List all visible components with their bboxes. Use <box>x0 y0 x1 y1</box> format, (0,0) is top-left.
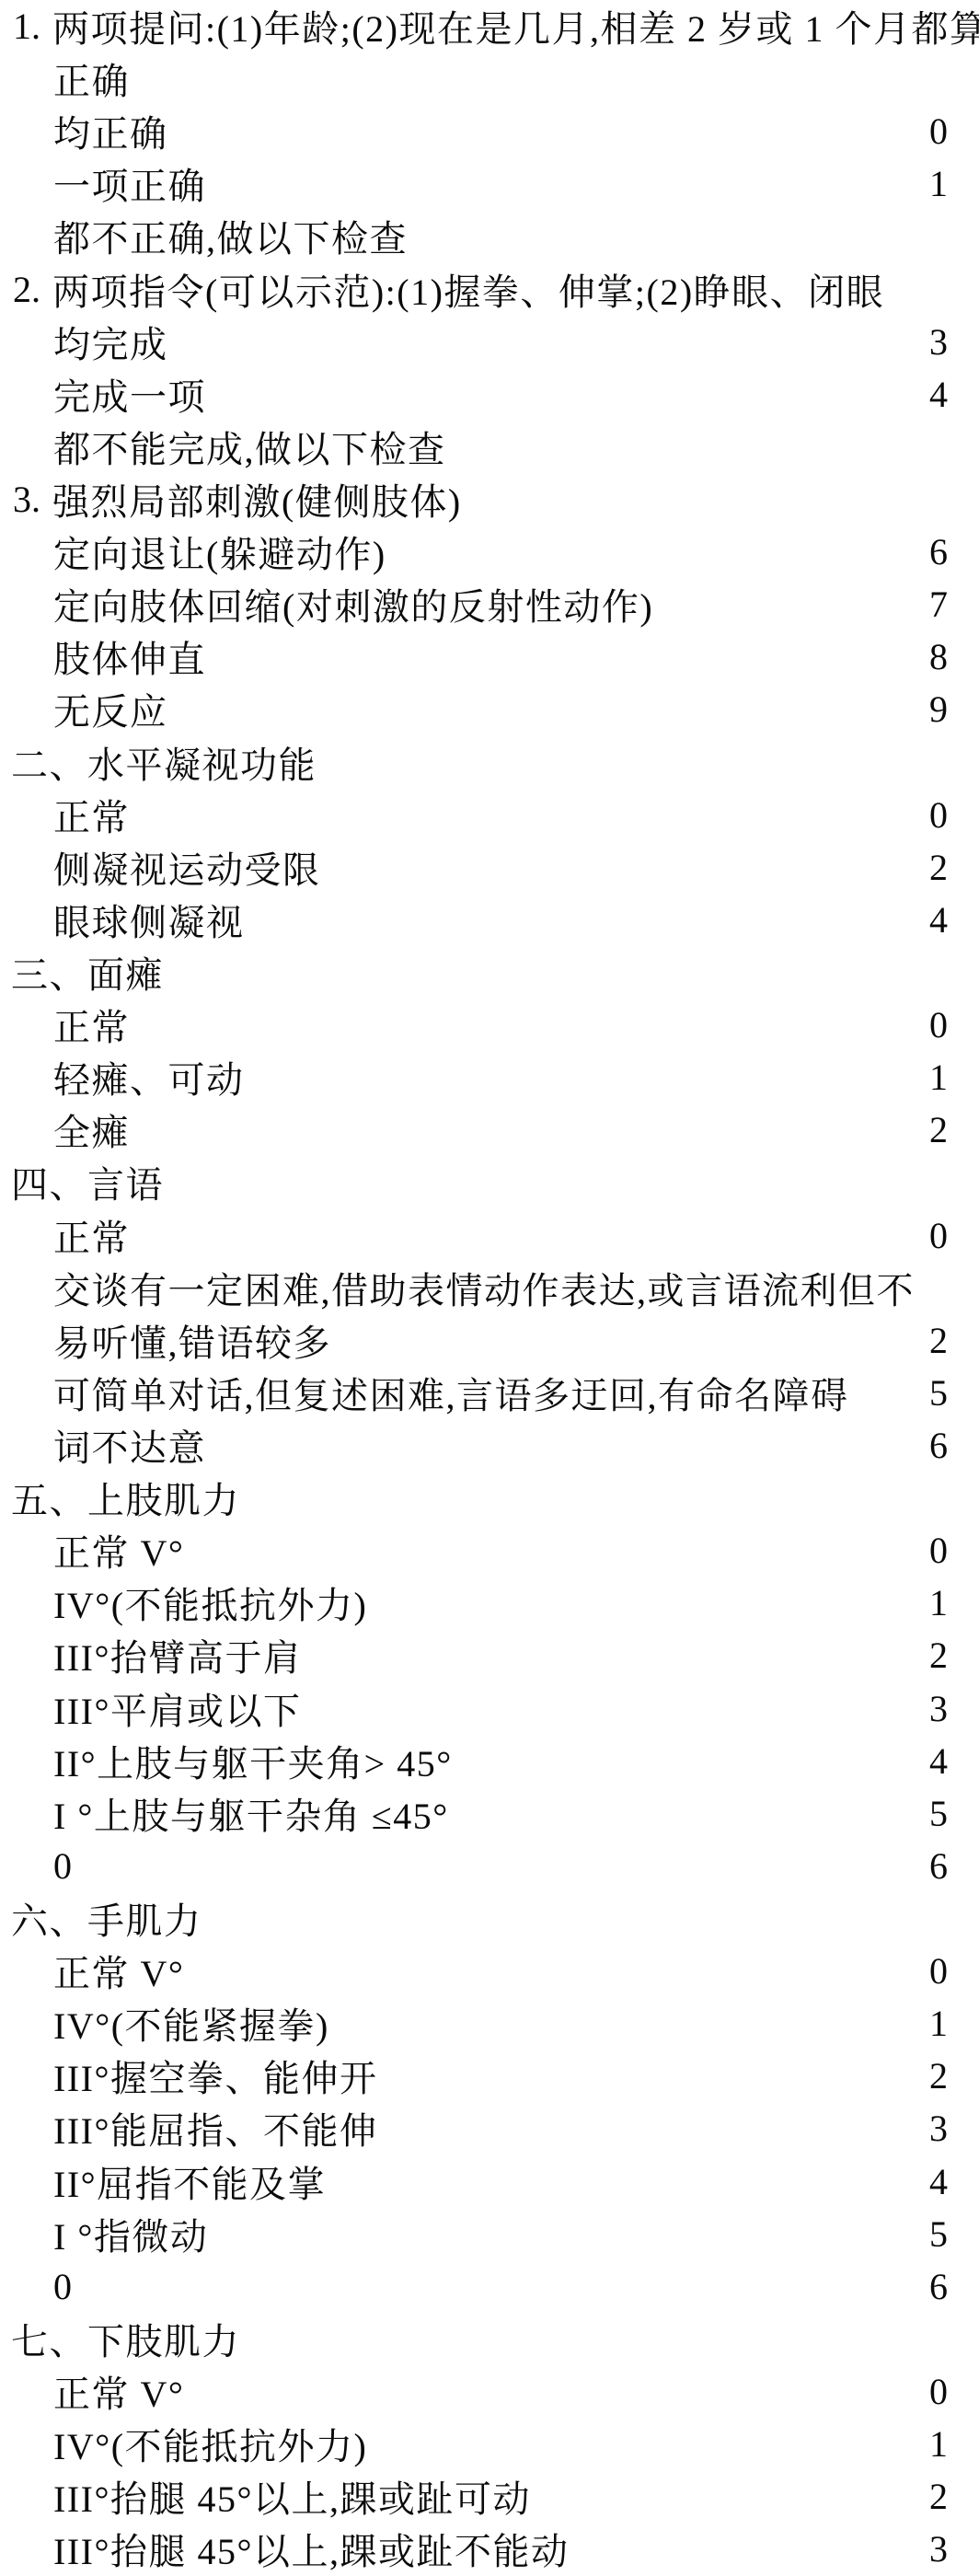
line-text: 正常 <box>53 789 130 841</box>
line-text: III°抬腿 45°以上,踝或趾不能动 <box>53 2523 569 2575</box>
line-score: 3 <box>920 320 948 364</box>
score-item-row: 词不达意6 <box>0 1419 979 1472</box>
line-score: 6 <box>920 1844 948 1888</box>
score-item-row: 06 <box>0 2260 979 2313</box>
line-text: 定向退让(躲避动作) <box>53 526 386 578</box>
line-score: 6 <box>920 1424 948 1467</box>
score-item-row: 都不正确,做以下检查 <box>0 210 979 262</box>
line-text: III°平肩或以下 <box>53 1682 301 1735</box>
line-marker: 2. <box>13 268 52 311</box>
line-score: 0 <box>920 1003 948 1046</box>
line-marker: 五、 <box>11 1472 87 1524</box>
score-item-row: 正常 V°0 <box>0 1945 979 1997</box>
score-item-row: II°上肢与躯干夹角> 45°4 <box>0 1735 979 1787</box>
line-marker: 四、 <box>11 1156 87 1208</box>
line-text: 侧凝视运动受限 <box>53 841 321 894</box>
line-text: 正常 V° <box>53 1524 184 1577</box>
line-score: 0 <box>920 1214 948 1257</box>
line-marker: 二、 <box>11 736 87 789</box>
line-score: 5 <box>920 2212 948 2256</box>
line-text: 强烈局部刺激(健侧肢体) <box>52 473 462 526</box>
line-text: 一项正确 <box>53 157 206 210</box>
line-marker: 六、 <box>11 1892 87 1945</box>
score-item-row: 肢体伸直8 <box>0 630 979 683</box>
line-text: III°能屈指、不能伸 <box>53 2102 377 2154</box>
line-score: 6 <box>920 530 948 573</box>
line-text: 都不能完成,做以下检查 <box>53 421 446 473</box>
score-item-row: I °指微动5 <box>0 2208 979 2260</box>
line-score: 0 <box>920 2370 948 2413</box>
line-text: 0 <box>53 2265 74 2308</box>
line-score: 2 <box>920 1108 948 1151</box>
line-text: 正常 V° <box>53 2365 184 2418</box>
line-marker: 1. <box>13 5 52 48</box>
line-marker: 三、 <box>11 946 87 999</box>
line-score: 0 <box>920 1529 948 1572</box>
section-heading-row: 二、水平凝视功能 <box>0 736 979 789</box>
score-item-row: 正常0 <box>0 789 979 841</box>
line-score: 0 <box>920 793 948 837</box>
score-item-row: 正常0 <box>0 999 979 1051</box>
section-heading-row: 七、下肢肌力 <box>0 2313 979 2365</box>
line-text: 正确 <box>53 52 130 105</box>
score-item-row: I °上肢与躯干杂角 ≤45°5 <box>0 1787 979 1840</box>
section-heading-row: 四、言语 <box>0 1156 979 1208</box>
score-item-row: 完成一项4 <box>0 368 979 421</box>
line-score: 1 <box>920 2002 948 2045</box>
line-text: 定向肢体回缩(对刺激的反射性动作) <box>53 578 653 630</box>
line-score: 1 <box>920 1581 948 1624</box>
score-item-row: III°能屈指、不能伸3 <box>0 2102 979 2154</box>
score-item-row: III°抬臂高于肩2 <box>0 1629 979 1681</box>
line-text: II°屈指不能及掌 <box>53 2155 326 2208</box>
line-score: 4 <box>920 373 948 416</box>
score-item-row: 眼球侧凝视4 <box>0 894 979 946</box>
line-score: 6 <box>920 2265 948 2308</box>
line-score: 4 <box>920 1739 948 1783</box>
score-item-row: 正常0 <box>0 1209 979 1262</box>
score-item-row: 一项正确1 <box>0 157 979 210</box>
section-heading-row: 五、上肢肌力 <box>0 1472 979 1524</box>
line-text: I °上肢与躯干杂角 ≤45° <box>53 1787 449 1840</box>
line-score: 3 <box>920 2107 948 2150</box>
numbered-section-row: 2.两项指令(可以示范):(1)握拳、伸掌;(2)睁眼、闭眼 <box>0 263 979 316</box>
score-item-row: 全瘫2 <box>0 1103 979 1156</box>
score-item-row: IV°(不能抵抗外力)1 <box>0 2418 979 2470</box>
line-text: 下肢肌力 <box>87 2313 240 2365</box>
score-item-row: 06 <box>0 1840 979 1892</box>
score-item-row: 定向退让(躲避动作)6 <box>0 526 979 578</box>
line-text: 完成一项 <box>53 368 206 421</box>
line-text: 都不正确,做以下检查 <box>53 210 408 262</box>
line-text: 水平凝视功能 <box>87 736 317 789</box>
numbered-section-row: 1.两项提问:(1)年龄;(2)现在是几月,相差 2 岁或 1 个月都算 <box>0 0 979 52</box>
line-text: 全瘫 <box>53 1103 130 1156</box>
line-score: 5 <box>920 1371 948 1415</box>
score-item-row: 正确 <box>0 52 979 105</box>
line-text: 手肌力 <box>87 1892 202 1945</box>
section-heading-row: 六、手肌力 <box>0 1892 979 1945</box>
line-text: 交谈有一定困难,借助表情动作表达,或言语流利但不 <box>53 1262 915 1314</box>
line-score: 2 <box>920 1319 948 1362</box>
score-list: 1.两项提问:(1)年龄;(2)现在是几月,相差 2 岁或 1 个月都算正确均正… <box>0 0 979 2576</box>
score-item-row: 均正确0 <box>0 105 979 157</box>
line-text: 可简单对话,但复述困难,言语多迂回,有命名障碍 <box>53 1367 849 1419</box>
line-text: 两项指令(可以示范):(1)握拳、伸掌;(2)睁眼、闭眼 <box>52 263 884 316</box>
line-text: IV°(不能抵抗外力) <box>53 2418 367 2470</box>
line-marker: 3. <box>13 478 52 521</box>
score-item-row: 正常 V°0 <box>0 2365 979 2418</box>
score-item-row: 可简单对话,但复述困难,言语多迂回,有命名障碍5 <box>0 1367 979 1419</box>
score-item-row: 均完成3 <box>0 316 979 368</box>
line-score: 2 <box>920 846 948 889</box>
line-text: III°抬臂高于肩 <box>53 1629 301 1681</box>
score-item-row: II°屈指不能及掌4 <box>0 2154 979 2207</box>
line-text: II°上肢与躯干夹角> 45° <box>53 1735 453 1787</box>
line-score: 5 <box>920 1792 948 1835</box>
score-item-row: 正常 V°0 <box>0 1524 979 1577</box>
score-item-row: 侧凝视运动受限2 <box>0 841 979 894</box>
line-text: 两项提问:(1)年龄;(2)现在是几月,相差 2 岁或 1 个月都算 <box>52 0 979 52</box>
score-item-row: III°抬腿 45°以上,踝或趾不能动3 <box>0 2523 979 2575</box>
line-text: 眼球侧凝视 <box>53 894 245 946</box>
section-heading-row: 三、面瘫 <box>0 946 979 999</box>
line-text: IV°(不能紧握拳) <box>53 1997 329 2050</box>
line-score: 3 <box>920 1687 948 1730</box>
line-text: 0 <box>53 1844 74 1888</box>
score-item-row: 交谈有一定困难,借助表情动作表达,或言语流利但不 <box>0 1262 979 1314</box>
line-text: 均完成 <box>53 316 168 368</box>
line-score: 4 <box>920 2160 948 2203</box>
score-item-row: IV°(不能紧握拳)1 <box>0 1997 979 2050</box>
line-score: 0 <box>920 110 948 153</box>
line-text: III°握空拳、能伸开 <box>53 2050 377 2102</box>
line-score: 7 <box>920 583 948 626</box>
line-text: 词不达意 <box>53 1419 206 1472</box>
line-score: 2 <box>920 2054 948 2097</box>
line-score: 9 <box>920 687 948 731</box>
line-text: 轻瘫、可动 <box>53 1051 245 1103</box>
line-text: 无反应 <box>53 683 168 735</box>
document-page: 1.两项提问:(1)年龄;(2)现在是几月,相差 2 岁或 1 个月都算正确均正… <box>0 0 979 2576</box>
line-score: 8 <box>920 635 948 678</box>
line-text: 正常 <box>53 1209 130 1262</box>
score-item-row: 定向肢体回缩(对刺激的反射性动作)7 <box>0 578 979 630</box>
score-item-row: III°抬腿 45°以上,踝或趾可动2 <box>0 2470 979 2523</box>
score-item-row: IV°(不能抵抗外力)1 <box>0 1577 979 1629</box>
score-item-row: III°平肩或以下3 <box>0 1682 979 1735</box>
line-score: 2 <box>920 1634 948 1677</box>
line-score: 3 <box>920 2527 948 2570</box>
line-text: 肢体伸直 <box>53 630 206 683</box>
line-text: 正常 V° <box>53 1945 184 1997</box>
score-item-row: 轻瘫、可动1 <box>0 1051 979 1103</box>
score-item-row: 都不能完成,做以下检查 <box>0 421 979 473</box>
line-text: I °指微动 <box>53 2208 208 2260</box>
line-score: 1 <box>920 162 948 205</box>
line-text: 正常 <box>53 999 130 1051</box>
line-marker: 七、 <box>11 2313 87 2365</box>
line-text: III°抬腿 45°以上,踝或趾可动 <box>53 2470 531 2523</box>
line-text: 均正确 <box>53 105 168 157</box>
score-item-row: 易听懂,错语较多2 <box>0 1314 979 1367</box>
line-text: 言语 <box>87 1156 164 1208</box>
line-text: 面瘫 <box>87 946 164 999</box>
numbered-section-row: 3.强烈局部刺激(健侧肢体) <box>0 473 979 526</box>
score-item-row: III°握空拳、能伸开2 <box>0 2050 979 2102</box>
line-score: 1 <box>920 2422 948 2466</box>
line-score: 2 <box>920 2475 948 2518</box>
line-text: 易听懂,错语较多 <box>53 1314 331 1367</box>
line-score: 0 <box>920 1949 948 1993</box>
score-item-row: 无反应9 <box>0 683 979 735</box>
line-score: 4 <box>920 898 948 941</box>
line-text: 上肢肌力 <box>87 1472 240 1524</box>
line-score: 1 <box>920 1056 948 1099</box>
line-text: IV°(不能抵抗外力) <box>53 1577 367 1629</box>
